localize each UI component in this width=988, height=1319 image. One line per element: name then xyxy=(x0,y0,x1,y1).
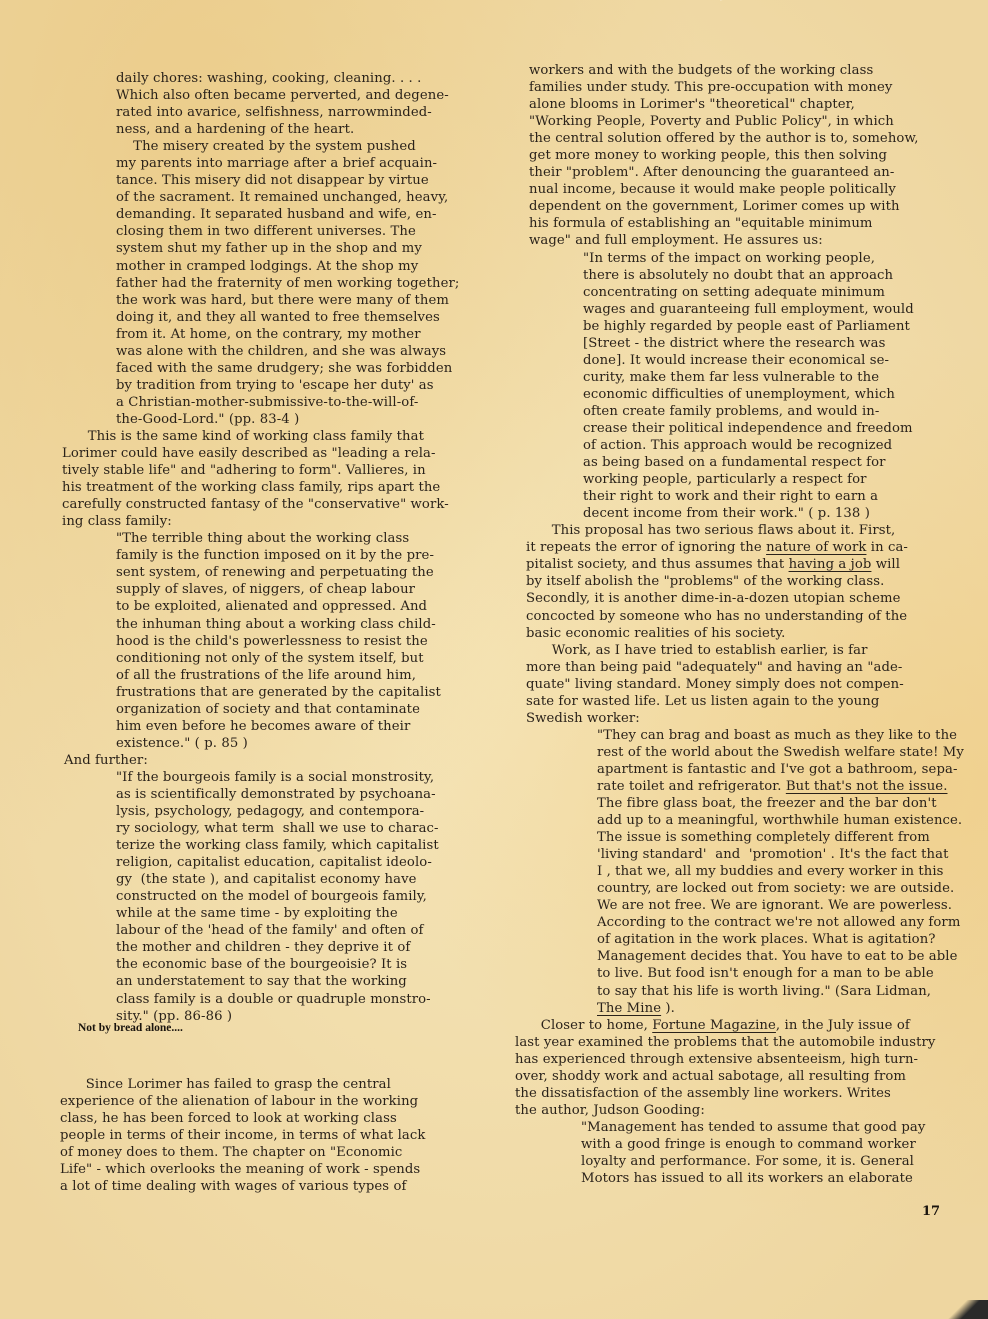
text-line: a Christian-mother-submissive-to-the-wil… xyxy=(116,394,464,411)
paragraph-two-flaws: This proposal has two serious flaws abou… xyxy=(526,522,969,641)
text-line: families under study. This pre-occupatio… xyxy=(529,79,969,96)
underlined-phrase-not-the-issue: But that's not the issue. xyxy=(786,779,948,794)
text-line: workers and with the budgets of the work… xyxy=(529,62,969,79)
magazine-page: daily chores: washing, cooking, cleaning… xyxy=(0,0,988,1319)
text-line: his formula of establishing an "equitabl… xyxy=(529,215,969,232)
text-line: faced with the same drudgery; she was fo… xyxy=(116,360,464,377)
text-line: ness, and a hardening of the heart. xyxy=(116,121,464,138)
paragraph-budgets: workers and with the budgets of the work… xyxy=(529,62,969,250)
text-line: the central solution offered by the auth… xyxy=(529,130,969,147)
text-line: This is the same kind of working class f… xyxy=(62,428,464,445)
text-line: of the sacrament. It remained unchanged,… xyxy=(116,189,464,206)
text-line: apartment is fantastic and I've got a ba… xyxy=(597,761,969,778)
text-line: hood is the child's powerlessness to res… xyxy=(116,633,464,650)
text-line: working people, particularly a respect f… xyxy=(583,471,969,488)
text-line: Management decides that. You have to eat… xyxy=(597,948,969,965)
blockquote-judson-gooding: "Management has tended to assume that go… xyxy=(529,1119,969,1187)
magazine-title-fortune: Fortune Magazine xyxy=(652,1018,776,1033)
text-line: Which also often became perverted, and d… xyxy=(116,87,464,104)
text-line: Swedish worker: xyxy=(526,710,969,727)
text-line: their "problem". After denouncing the gu… xyxy=(529,164,969,181)
text-line: be highly regarded by people east of Par… xyxy=(583,318,969,335)
underlined-phrase-nature-of-work: nature of work xyxy=(766,540,866,555)
text-line: crease their political independence and … xyxy=(583,420,969,437)
text-line: supply of slaves, of niggers, of cheap l… xyxy=(116,581,464,598)
text-line: wages and guaranteeing full employment, … xyxy=(583,301,969,318)
blockquote-vallieres-terrible-thing: "The terrible thing about the working cl… xyxy=(64,530,464,752)
blockquote-lorimer-minimum-wage: "In terms of the impact on working peopl… xyxy=(529,250,969,523)
text-line: Work, as I have tried to establish earli… xyxy=(526,642,969,659)
text-line: sate for wasted life. Let us listen agai… xyxy=(526,693,969,710)
text-line: with a good fringe is enough to command … xyxy=(581,1136,969,1153)
text-line: the inhuman thing about a working class … xyxy=(116,616,464,633)
text-line: carefully constructed fantasy of the "co… xyxy=(62,496,464,513)
text-line: father had the fraternity of men working… xyxy=(116,275,464,292)
text-line: concentrating on setting adequate minimu… xyxy=(583,284,969,301)
text-line: doing it, and they all wanted to free th… xyxy=(116,309,464,326)
text-line: often create family problems, and would … xyxy=(583,403,969,420)
text-line: The issue is something completely differ… xyxy=(597,829,969,846)
text-line: ing class family: xyxy=(62,513,464,530)
text-line: Secondly, it is another dime-in-a-dozen … xyxy=(526,590,969,607)
text-line: as is scientifically demonstrated by psy… xyxy=(116,786,464,803)
text-span: , in the July issue of xyxy=(776,1018,910,1033)
text-line: "If the bourgeois family is a social mon… xyxy=(116,769,464,786)
blockquote-vallieres-bourgeois-family: "If the bourgeois family is a social mon… xyxy=(64,769,464,1025)
text-line: "They can brag and boast as much as they… xyxy=(597,727,969,744)
text-line: The Mine ). xyxy=(597,1000,969,1017)
text-line: over, shoddy work and actual sabotage, a… xyxy=(515,1068,969,1085)
text-line: rated into avarice, selfishness, narrowm… xyxy=(116,104,464,121)
text-span: in ca- xyxy=(866,540,908,555)
text-line: terize the working class family, which c… xyxy=(116,837,464,854)
text-line: last year examined the problems that the… xyxy=(515,1034,969,1051)
text-line: wage" and full employment. He assures us… xyxy=(529,232,969,249)
left-column: daily chores: washing, cooking, cleaning… xyxy=(64,70,464,1025)
text-line: rest of the world about the Swedish welf… xyxy=(597,744,969,761)
text-line: as being based on a fundamental respect … xyxy=(583,454,969,471)
text-line: by itself abolish the "problems" of the … xyxy=(526,573,969,590)
text-line: class, he has been forced to look at wor… xyxy=(60,1110,480,1127)
text-span: ). xyxy=(661,1001,675,1016)
text-line: "Working People, Poverty and Public Poli… xyxy=(529,113,969,130)
and-further-label: And further: xyxy=(64,752,464,769)
quote-continuation-family-life: daily chores: washing, cooking, cleaning… xyxy=(64,70,464,428)
text-line: 'living standard' and 'promotion' . It's… xyxy=(597,846,969,863)
text-line: ry sociology, what term shall we use to … xyxy=(116,820,464,837)
text-line: demanding. It separated husband and wife… xyxy=(116,206,464,223)
text-span: will xyxy=(871,557,900,572)
text-line: family is the function imposed on it by … xyxy=(116,547,464,564)
text-line: there is absolutely no doubt that an app… xyxy=(583,267,969,284)
text-line: done]. It would increase their economica… xyxy=(583,352,969,369)
text-line: The fibre glass boat, the freezer and th… xyxy=(597,795,969,812)
page-corner-shadow xyxy=(940,1300,988,1319)
text-span: Closer to home, xyxy=(515,1018,652,1033)
text-line: from it. At home, on the contrary, my mo… xyxy=(116,326,464,343)
text-line: conditioning not only of the system itse… xyxy=(116,650,464,667)
text-line: existence." ( p. 85 ) xyxy=(116,735,464,752)
text-line: pitalist society, and thus assumes that … xyxy=(526,556,969,573)
text-line: organization of society and that contami… xyxy=(116,701,464,718)
text-line: was alone with the children, and she was… xyxy=(116,343,464,360)
text-line: people in terms of their income, in term… xyxy=(60,1127,480,1144)
text-line: the-Good-Lord." (pp. 83-4 ) xyxy=(116,411,464,428)
underlined-phrase-having-a-job: having a job xyxy=(789,557,872,572)
text-line: has experienced through extensive absent… xyxy=(515,1051,969,1068)
text-line: him even before he becomes aware of thei… xyxy=(116,718,464,735)
text-span: rate toilet and refrigerator. xyxy=(597,779,786,794)
text-line: Life" - which overlooks the meaning of w… xyxy=(60,1161,480,1178)
text-line: sent system, of renewing and perpetuatin… xyxy=(116,564,464,581)
text-line: of all the frustrations of the life arou… xyxy=(116,667,464,684)
text-line: more than being paid "adequately" and ha… xyxy=(526,659,969,676)
text-line: This proposal has two serious flaws abou… xyxy=(526,522,969,539)
page-number: 17 xyxy=(922,1204,940,1219)
text-line: loyalty and performance. For some, it is… xyxy=(581,1153,969,1170)
text-line: Lorimer could have easily described as "… xyxy=(62,445,464,462)
text-line: my parents into marriage after a brief a… xyxy=(116,155,464,172)
text-line: a lot of time dealing with wages of vari… xyxy=(60,1178,480,1195)
text-line: daily chores: washing, cooking, cleaning… xyxy=(116,70,464,87)
text-line: of money does to them. The chapter on "E… xyxy=(60,1144,480,1161)
text-line: to say that his life is worth living." (… xyxy=(597,983,969,1000)
text-line: experience of the alienation of labour i… xyxy=(60,1093,480,1110)
text-line: of action. This approach would be recogn… xyxy=(583,437,969,454)
text-line: alone blooms in Lorimer's "theoretical" … xyxy=(529,96,969,113)
text-line: while at the same time - by exploiting t… xyxy=(116,905,464,922)
text-line: the work was hard, but there were many o… xyxy=(116,292,464,309)
text-line: their right to work and their right to e… xyxy=(583,488,969,505)
text-line: to live. But food isn't enough for a man… xyxy=(597,965,969,982)
text-line: nual income, because it would make peopl… xyxy=(529,181,969,198)
paragraph-lorimer-family: This is the same kind of working class f… xyxy=(62,428,464,530)
text-line: "In terms of the impact on working peopl… xyxy=(583,250,969,267)
text-line: The misery created by the system pushed xyxy=(116,138,464,155)
text-line: "Management has tended to assume that go… xyxy=(581,1119,969,1136)
text-line: class family is a double or quadruple mo… xyxy=(116,991,464,1008)
right-column: workers and with the budgets of the work… xyxy=(529,62,969,1187)
blockquote-swedish-worker: "They can brag and boast as much as they… xyxy=(529,727,969,1017)
book-title-the-mine: The Mine xyxy=(597,1001,661,1016)
text-line: concocted by someone who has no understa… xyxy=(526,608,969,625)
text-line: the dissatisfaction of the assembly line… xyxy=(515,1085,969,1102)
text-line: mother in cramped lodgings. At the shop … xyxy=(116,258,464,275)
paragraph-fortune-magazine: Closer to home, Fortune Magazine, in the… xyxy=(515,1017,969,1119)
text-span: it repeats the error of ignoring the xyxy=(526,540,766,555)
text-line: to be exploited, alienated and oppressed… xyxy=(116,598,464,615)
text-line: get more money to working people, this t… xyxy=(529,147,969,164)
text-line: system shut my father up in the shop and… xyxy=(116,240,464,257)
section-heading-not-by-bread-alone: Not by bread alone.... xyxy=(78,1022,183,1034)
text-line: labour of the 'head of the family' and o… xyxy=(116,922,464,939)
text-line: tance. This misery did not disappear by … xyxy=(116,172,464,189)
text-line: "The terrible thing about the working cl… xyxy=(116,530,464,547)
text-line: the author, Judson Gooding: xyxy=(515,1102,969,1119)
text-line: rate toilet and refrigerator. But that's… xyxy=(597,778,969,795)
left-column-bottom: Since Lorimer has failed to grasp the ce… xyxy=(60,1076,480,1195)
text-line: of agitation in the work places. What is… xyxy=(597,931,969,948)
text-line: constructed on the model of bourgeois fa… xyxy=(116,888,464,905)
text-line: Closer to home, Fortune Magazine, in the… xyxy=(515,1017,969,1034)
text-line: country, are locked out from society: we… xyxy=(597,880,969,897)
text-line: tively stable life" and "adhering to for… xyxy=(62,462,464,479)
text-line: by tradition from trying to 'escape her … xyxy=(116,377,464,394)
paragraph-work-more-than-pay: Work, as I have tried to establish earli… xyxy=(526,642,969,727)
text-line: the mother and children - they deprive i… xyxy=(116,939,464,956)
text-line: According to the contract we're not allo… xyxy=(597,914,969,931)
paragraph-lorimer-income: Since Lorimer has failed to grasp the ce… xyxy=(60,1076,480,1195)
text-line: his treatment of the working class famil… xyxy=(62,479,464,496)
text-line: basic economic realities of his society. xyxy=(526,625,969,642)
text-line: add up to a meaningful, worthwhile human… xyxy=(597,812,969,829)
text-line: frustrations that are generated by the c… xyxy=(116,684,464,701)
text-line: lysis, psychology, pedagogy, and contemp… xyxy=(116,803,464,820)
text-line: We are not free. We are ignorant. We are… xyxy=(597,897,969,914)
text-line: it repeats the error of ignoring the nat… xyxy=(526,539,969,556)
text-line: decent income from their work." ( p. 138… xyxy=(583,505,969,522)
text-line: I , that we, all my buddies and every wo… xyxy=(597,863,969,880)
text-line: an understatement to say that the workin… xyxy=(116,973,464,990)
text-line: closing them in two different universes.… xyxy=(116,223,464,240)
text-line: Motors has issued to all its workers an … xyxy=(581,1170,969,1187)
text-line: gy (the state ), and capitalist economy … xyxy=(116,871,464,888)
text-line: curity, make them far less vulnerable to… xyxy=(583,369,969,386)
text-line: dependent on the government, Lorimer com… xyxy=(529,198,969,215)
text-line: [Street - the district where the researc… xyxy=(583,335,969,352)
text-line: Since Lorimer has failed to grasp the ce… xyxy=(60,1076,480,1093)
text-line: religion, capitalist education, capitali… xyxy=(116,854,464,871)
text-line: quate" living standard. Money simply doe… xyxy=(526,676,969,693)
text-span: pitalist society, and thus assumes that xyxy=(526,557,789,572)
text-line: economic difficulties of unemployment, w… xyxy=(583,386,969,403)
text-line: the economic base of the bourgeoisie? It… xyxy=(116,956,464,973)
